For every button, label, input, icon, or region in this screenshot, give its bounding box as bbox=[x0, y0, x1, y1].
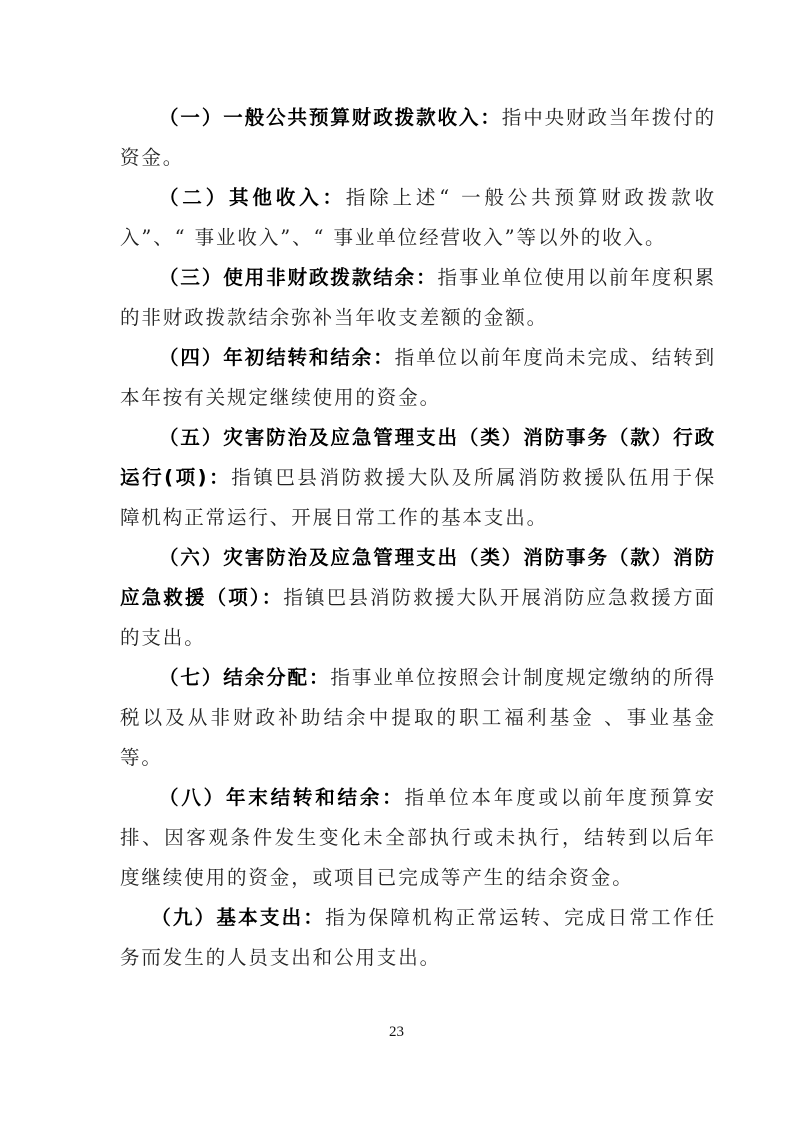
term-label: （一）一般公共预算财政拨款收入： bbox=[159, 106, 502, 129]
paragraph-non-fiscal-balance-use: （三）使用非财政拨款结余：指事业单位使用以前年度积累的非财政拨款结余弥补当年收支… bbox=[120, 258, 716, 338]
paragraph-general-budget-income: （一）一般公共预算财政拨款收入：指中央财政当年拨付的资金。 bbox=[120, 98, 716, 178]
paragraph-balance-distribution: （七）结余分配：指事业单位按照会计制度规定缴纳的所得税以及从非财政补助结余中提取… bbox=[120, 658, 716, 778]
page-number: 23 bbox=[0, 1024, 793, 1041]
term-label: （九）基本支出： bbox=[151, 906, 325, 929]
paragraph-basic-expenditure: （九）基本支出：指为保障机构正常运转、完成日常工作任务而发生的人员支出和公用支出… bbox=[120, 898, 716, 978]
term-label: （八）年末结转和结余： bbox=[159, 786, 404, 809]
term-label: （七）结余分配： bbox=[159, 666, 330, 689]
paragraph-other-income: （二）其他收入：指除上述“ 一般公共预算财政拨款收入”、“ 事业收入”、“ 事业… bbox=[120, 178, 716, 258]
document-page: （一）一般公共预算财政拨款收入：指中央财政当年拨付的资金。 （二）其他收入：指除… bbox=[120, 98, 716, 978]
paragraph-closing-carryover: （八）年末结转和结余：指单位本年度或以前年度预算安排、因客观条件发生变化未全部执… bbox=[120, 778, 716, 898]
term-label: （三）使用非财政拨款结余： bbox=[159, 266, 438, 289]
term-label: （四）年初结转和结余： bbox=[159, 346, 395, 369]
paragraph-fire-admin-operation: （五）灾害防治及应急管理支出（类）消防事务（款）行政运行(项)：指镇巴县消防救援… bbox=[120, 418, 716, 538]
paragraph-fire-emergency-rescue: （六）灾害防治及应急管理支出（类）消防事务（款）消防应急救援（项）：指镇巴县消防… bbox=[120, 538, 716, 658]
paragraph-opening-carryover: （四）年初结转和结余：指单位以前年度尚未完成、结转到本年按有关规定继续使用的资金… bbox=[120, 338, 716, 418]
term-label: （二）其他收入： bbox=[159, 186, 346, 209]
